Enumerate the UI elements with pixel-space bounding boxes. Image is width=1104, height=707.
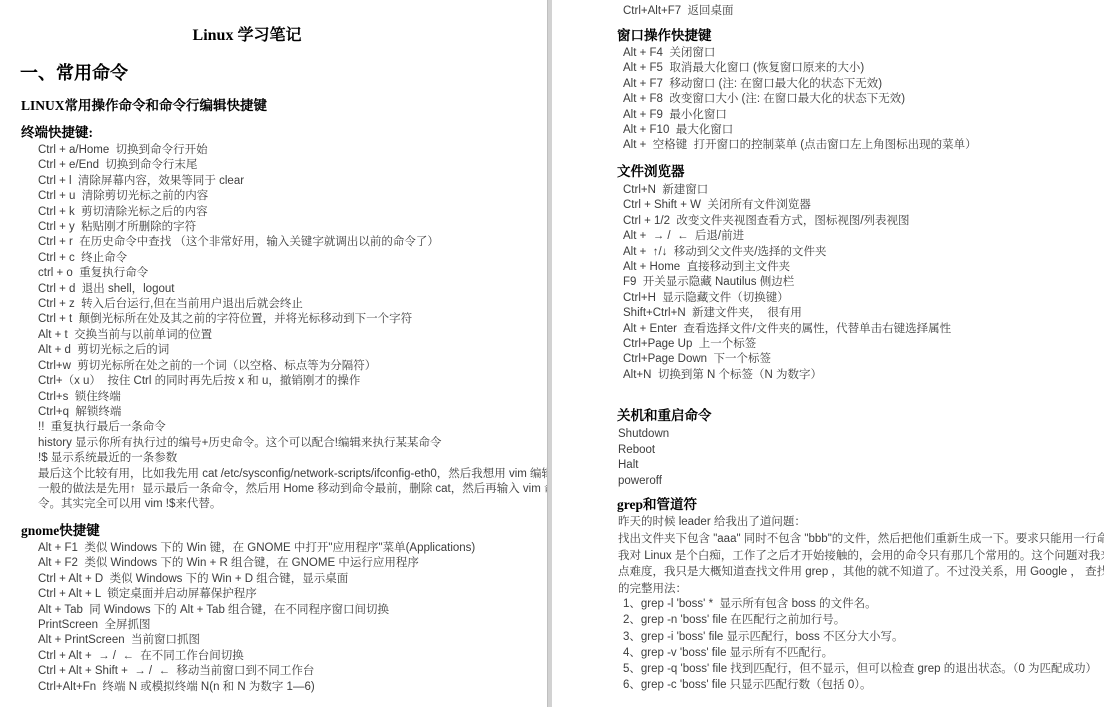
file-browser-shortcut-item: Ctrl + 1/2 改变文件夹视图查看方式，图标视图/列表视图 bbox=[623, 214, 951, 229]
window-shortcut-item: Alt + F5 取消最大化窗口 (恢复窗口原来的大小) bbox=[623, 61, 977, 76]
terminal-shortcut-item: Ctrl + d 退出 shell，logout bbox=[38, 282, 547, 297]
window-shortcut-list: Alt + F4 关闭窗口Alt + F5 取消最大化窗口 (恢复窗口原来的大小… bbox=[623, 46, 977, 154]
file-browser-shortcut-item: Ctrl+H 显示隐藏文件（切换键） bbox=[623, 291, 951, 306]
heading-shutdown-commands: 关机和重启命令 bbox=[617, 404, 712, 424]
gnome-shortcut-item: Ctrl + Alt + Shift + → / ← 移动当前窗口到不同工作台 bbox=[38, 664, 475, 679]
terminal-shortcut-item: Ctrl + z 转入后台运行,但在当前用户退出后就会终止 bbox=[38, 297, 547, 312]
heading-terminal-shortcuts: 终端快捷键: bbox=[21, 121, 93, 141]
terminal-shortcut-item: ctrl + o 重复执行命令 bbox=[38, 266, 547, 281]
page-right: Ctrl+Alt+F7 返回桌面 窗口操作快捷键 Alt + F4 关闭窗口Al… bbox=[552, 0, 1104, 707]
grep-usage-item: 5、grep -q 'boss' file 找到匹配行，但不显示，但可以检查 g… bbox=[623, 661, 1097, 677]
file-browser-shortcut-item: Alt+N 切换到第 N 个标签（N 为数字） bbox=[623, 368, 951, 383]
file-browser-shortcut-list: Ctrl+N 新建窗口Ctrl + Shift + W 关闭所有文件浏览器Ctr… bbox=[623, 183, 951, 383]
grep-paragraph-line: 我对 Linux 是个白痴，工作了之后才开始接触的，会用的命令只有那几个常用的。… bbox=[618, 548, 1104, 565]
terminal-shortcut-item: Alt + d 剪切光标之后的词 bbox=[38, 343, 547, 358]
terminal-shortcut-item: 最后这个比较有用，比如我先用 cat /etc/sysconfig/networ… bbox=[38, 467, 547, 482]
file-browser-shortcut-item: Alt + ↑/↓ 移动到父文件夹/选择的文件夹 bbox=[623, 245, 951, 260]
shutdown-command-list: ShutdownRebootHaltpoweroff bbox=[618, 427, 669, 489]
grep-usage-list: 1、grep -l 'boss' * 显示所有包含 boss 的文件名。2、gr… bbox=[623, 596, 1097, 694]
terminal-shortcut-item: Ctrl + u 清除剪切光标之前的内容 bbox=[38, 189, 547, 204]
grep-usage-item: 1、grep -l 'boss' * 显示所有包含 boss 的文件名。 bbox=[623, 596, 1097, 612]
terminal-shortcut-item: Ctrl + c 终止命令 bbox=[38, 251, 547, 266]
terminal-shortcut-item: Ctrl + l 清除屏幕内容，效果等同于 clear bbox=[38, 174, 547, 189]
file-browser-shortcut-item: Alt + Enter 查看选择文件/文件夹的属性，代替单击右键选择属性 bbox=[623, 322, 951, 337]
terminal-shortcut-item: Ctrl + k 剪切清除光标之后的内容 bbox=[38, 205, 547, 220]
file-browser-shortcut-item: F9 开关显示隐藏 Nautilus 侧边栏 bbox=[623, 275, 951, 290]
gnome-shortcut-item: Alt + F1 类似 Windows 下的 Win 键，在 GNOME 中打开… bbox=[38, 541, 475, 556]
terminal-shortcut-item: history 显示你所有执行过的编号+历史命令。这个可以配合!编辑来执行某某命… bbox=[38, 436, 547, 451]
window-shortcut-item: Alt + F10 最大化窗口 bbox=[623, 123, 977, 138]
terminal-shortcut-item: Ctrl+w 剪切光标所在处之前的一个词（以空格、标点等为分隔符） bbox=[38, 359, 547, 374]
window-shortcut-item: Alt + 空格键 打开窗口的控制菜单 (点击窗口左上角图标出现的菜单） bbox=[623, 138, 977, 153]
gnome-shortcut-item: Alt + PrintScreen 当前窗口抓图 bbox=[38, 633, 475, 648]
file-browser-shortcut-item: Ctrl+Page Down 下一个标签 bbox=[623, 352, 951, 367]
terminal-shortcut-item: Ctrl + y 粘贴刚才所删除的字符 bbox=[38, 220, 547, 235]
file-browser-shortcut-item: Ctrl+Page Up 上一个标签 bbox=[623, 337, 951, 352]
shutdown-command-item: Reboot bbox=[618, 443, 669, 459]
document-viewer: { "document": { "title": "Linux 学习笔记" },… bbox=[0, 0, 1104, 707]
grep-usage-item: 4、grep -v 'boss' file 显示所有不匹配行。 bbox=[623, 645, 1097, 661]
window-shortcut-item: Alt + F4 关闭窗口 bbox=[623, 46, 977, 61]
file-browser-shortcut-item: Ctrl+N 新建窗口 bbox=[623, 183, 951, 198]
heading-window-shortcuts: 窗口操作快捷键 bbox=[617, 24, 712, 44]
heading-file-browser: 文件浏览器 bbox=[617, 160, 685, 180]
gnome-shortcut-item: Alt + Tab 同 Windows 下的 Alt + Tab 组合键，在不同… bbox=[38, 603, 475, 618]
terminal-shortcut-item: Ctrl + t 颠倒光标所在处及其之前的字符位置，并将光标移动到下一个字符 bbox=[38, 312, 547, 327]
file-browser-shortcut-item: Alt + Home 直接移动到主文件夹 bbox=[623, 260, 951, 275]
grep-paragraph-line: 点难度，我只是大概知道查找文件用 grep ，其他的就不知道了。不过没关系，用 … bbox=[618, 564, 1104, 581]
continuation-shortcut-item: Ctrl+Alt+F7 返回桌面 bbox=[623, 4, 734, 19]
window-shortcut-item: Alt + F8 改变窗口大小 (注: 在窗口最大化的状态下无效) bbox=[623, 92, 977, 107]
terminal-shortcut-item: !$ 显示系统最近的一条参数 bbox=[38, 451, 547, 466]
terminal-shortcut-item: 令。其实完全可以用 vim !$来代替。 bbox=[38, 497, 547, 512]
terminal-shortcut-item: Ctrl + e/End 切换到命令行末尾 bbox=[38, 158, 547, 173]
terminal-shortcut-item: Ctrl+s 锁住终端 bbox=[38, 390, 547, 405]
grep-usage-item: 6、grep -c 'boss' file 只显示匹配行数（包括 0）。 bbox=[623, 677, 1097, 693]
shutdown-command-item: Shutdown bbox=[618, 427, 669, 443]
terminal-shortcut-item: Ctrl + a/Home 切换到命令行开始 bbox=[38, 143, 547, 158]
terminal-shortcut-item: Ctrl + r 在历史命令中查找 （这个非常好用，输入关键字就调出以前的命令了… bbox=[38, 235, 547, 250]
terminal-shortcut-item: Ctrl+q 解锁终端 bbox=[38, 405, 547, 420]
shutdown-command-item: poweroff bbox=[618, 474, 669, 490]
file-browser-shortcut-item: Shift+Ctrl+N 新建文件夹， 很有用 bbox=[623, 306, 951, 321]
terminal-shortcut-item: 一般的做法是先用↑ 显示最后一条命令，然后用 Home 移动到命令最前，删除 c… bbox=[38, 482, 547, 497]
window-shortcut-item: Alt + F9 最小化窗口 bbox=[623, 108, 977, 123]
grep-intro-paragraph: 昨天的时候 leader 给我出了道问题：找出文件夹下包含 "aaa" 同时不包… bbox=[618, 514, 1104, 598]
grep-usage-item: 3、grep -i 'boss' file 显示匹配行，boss 不区分大小写。 bbox=[623, 629, 1097, 645]
gnome-shortcut-item: Ctrl + Alt + D 类似 Windows 下的 Win + D 组合键… bbox=[38, 572, 475, 587]
section-heading-common-commands: 一、常用命令 bbox=[20, 59, 128, 85]
heading-grep-pipe: grep和管道符 bbox=[617, 493, 697, 513]
file-browser-shortcut-item: Alt + → / ← 后退/前进 bbox=[623, 229, 951, 244]
gnome-shortcut-item: Alt + F2 类似 Windows 下的 Win + R 组合键，在 GNO… bbox=[38, 556, 475, 571]
heading-gnome-shortcuts: gnome快捷键 bbox=[21, 519, 100, 539]
gnome-shortcut-list: Alt + F1 类似 Windows 下的 Win 键，在 GNOME 中打开… bbox=[38, 541, 475, 695]
terminal-shortcut-list: Ctrl + a/Home 切换到命令行开始Ctrl + e/End 切换到命令… bbox=[38, 143, 547, 513]
terminal-shortcut-item: !! 重复执行最后一条命令 bbox=[38, 420, 547, 435]
grep-paragraph-line: 找出文件夹下包含 "aaa" 同时不包含 "bbb"的文件，然后把他们重新生成一… bbox=[618, 531, 1104, 548]
file-browser-shortcut-item: Ctrl + Shift + W 关闭所有文件浏览器 bbox=[623, 198, 951, 213]
shutdown-command-item: Halt bbox=[618, 458, 669, 474]
window-shortcut-item: Alt + F7 移动窗口 (注: 在窗口最大化的状态下无效) bbox=[623, 77, 977, 92]
gnome-shortcut-item: Ctrl+Alt+Fn 终端 N 或模拟终端 N(n 和 N 为数字 1—6) bbox=[38, 680, 475, 695]
terminal-shortcut-item: Ctrl+（x u） 按住 Ctrl 的同时再先后按 x 和 u，撤销刚才的操作 bbox=[38, 374, 547, 389]
subsection-heading-linux-shortcuts: LINUX常用操作命令和命令行编辑快捷键 bbox=[21, 94, 267, 114]
gnome-shortcut-item: PrintScreen 全屏抓图 bbox=[38, 618, 475, 633]
grep-paragraph-line: 昨天的时候 leader 给我出了道问题： bbox=[618, 514, 1104, 531]
document-title: Linux 学习笔记 bbox=[0, 22, 494, 45]
grep-usage-item: 2、grep -n 'boss' file 在匹配行之前加行号。 bbox=[623, 612, 1097, 628]
gnome-shortcut-item: Ctrl + Alt + → / ← 在不同工作台间切换 bbox=[38, 649, 475, 664]
terminal-shortcut-item: Alt + t 交换当前与以前单词的位置 bbox=[38, 328, 547, 343]
gnome-shortcut-item: Ctrl + Alt + L 锁定桌面并启动屏幕保护程序 bbox=[38, 587, 475, 602]
page-left: Linux 学习笔记 一、常用命令 LINUX常用操作命令和命令行编辑快捷键 终… bbox=[0, 0, 547, 707]
